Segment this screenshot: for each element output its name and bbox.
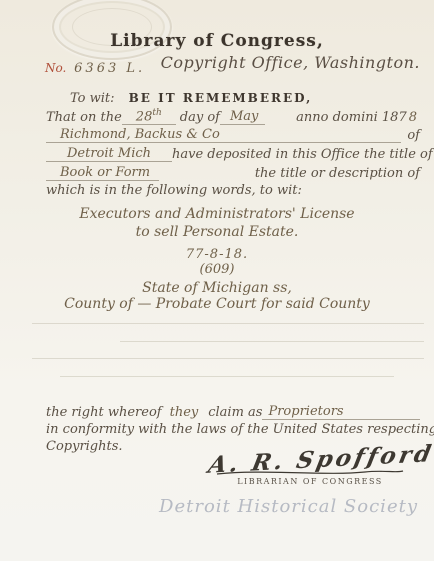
office-line: Copyright Office, Washington. — [161, 53, 420, 72]
body-line-date: That on the 28th day of May anno domini … — [46, 108, 420, 125]
embossed-seal — [52, 0, 172, 60]
body-line-depositor: Richmond, Backus & Co of — [46, 127, 420, 143]
printed-right-whereof: the right whereof — [46, 405, 162, 420]
claim-line: the right whereof they claim as Propriet… — [46, 404, 420, 420]
printed-of: of — [407, 128, 420, 143]
handwritten-day: 28th — [122, 108, 176, 125]
work-title-line: (609) — [0, 262, 434, 277]
printed-deposited-text: have deposited in this Office the title … — [172, 147, 434, 162]
printed-copyrights-text: Copyrights. — [46, 439, 123, 454]
signature-block: A. R. Spofford Librarian of Congress — [210, 446, 410, 486]
work-title-line: State of Michigan ss, — [0, 280, 434, 296]
document-page: Library of Congress, No. 6363 L. Copyrig… — [0, 0, 434, 561]
printed-anno-domini: anno domini 187 — [296, 110, 407, 125]
handwritten-work-type: Book or Form — [46, 165, 159, 181]
body-line-worktype: Book or Form the title or description of — [46, 165, 420, 181]
work-title-block: Executors and Administrators' License to… — [0, 206, 434, 312]
form-number-value: 6363 L. — [74, 61, 145, 76]
ruled-line — [32, 358, 424, 359]
handwritten-claimant: they — [170, 405, 199, 420]
work-title-line: County of — Probate Court for said Count… — [0, 296, 434, 312]
form-title: Library of Congress, — [0, 31, 434, 51]
to-wit-text: To wit: — [70, 91, 115, 106]
ruled-line — [60, 376, 394, 377]
printed-that-on-the: That on the — [46, 110, 122, 125]
conformity-line: in conformity with the laws of the Unite… — [46, 422, 420, 437]
printed-title-or-description: the title or description of — [255, 166, 420, 181]
printed-day-of: day of — [180, 110, 220, 125]
ruled-line — [32, 323, 424, 324]
handwritten-year-digit: 8 — [409, 110, 420, 125]
handwritten-claim-role: Proprietors — [262, 404, 420, 420]
be-it-remembered-text: BE IT REMEMBERED, — [129, 91, 313, 105]
work-title-line: to sell Personal Estate. — [0, 224, 434, 240]
signature-title: Librarian of Congress — [210, 477, 410, 486]
work-title-line: 77-8-18. — [0, 247, 434, 262]
watermark-text: Detroit Historical Society — [159, 496, 418, 517]
work-title-line: Executors and Administrators' License — [0, 206, 434, 222]
form-number-label: No. — [45, 61, 66, 75]
ruled-line — [120, 341, 424, 342]
handwritten-depositor: Richmond, Backus & Co — [46, 127, 401, 143]
handwritten-place: Detroit Mich — [46, 146, 172, 162]
salutation-line: To wit: BE IT REMEMBERED, — [70, 91, 312, 106]
printed-claim-as: claim as — [208, 405, 262, 420]
body-line-following-words: which is in the following words, to wit: — [46, 183, 420, 198]
body-line-place: Detroit Mich have deposited in this Offi… — [46, 146, 420, 162]
form-number: No. 6363 L. — [45, 61, 145, 76]
printed-conformity-text: in conformity with the laws of the Unite… — [46, 422, 434, 437]
printed-following-words: which is in the following words, to wit: — [46, 183, 302, 198]
handwritten-month: May — [220, 109, 265, 125]
